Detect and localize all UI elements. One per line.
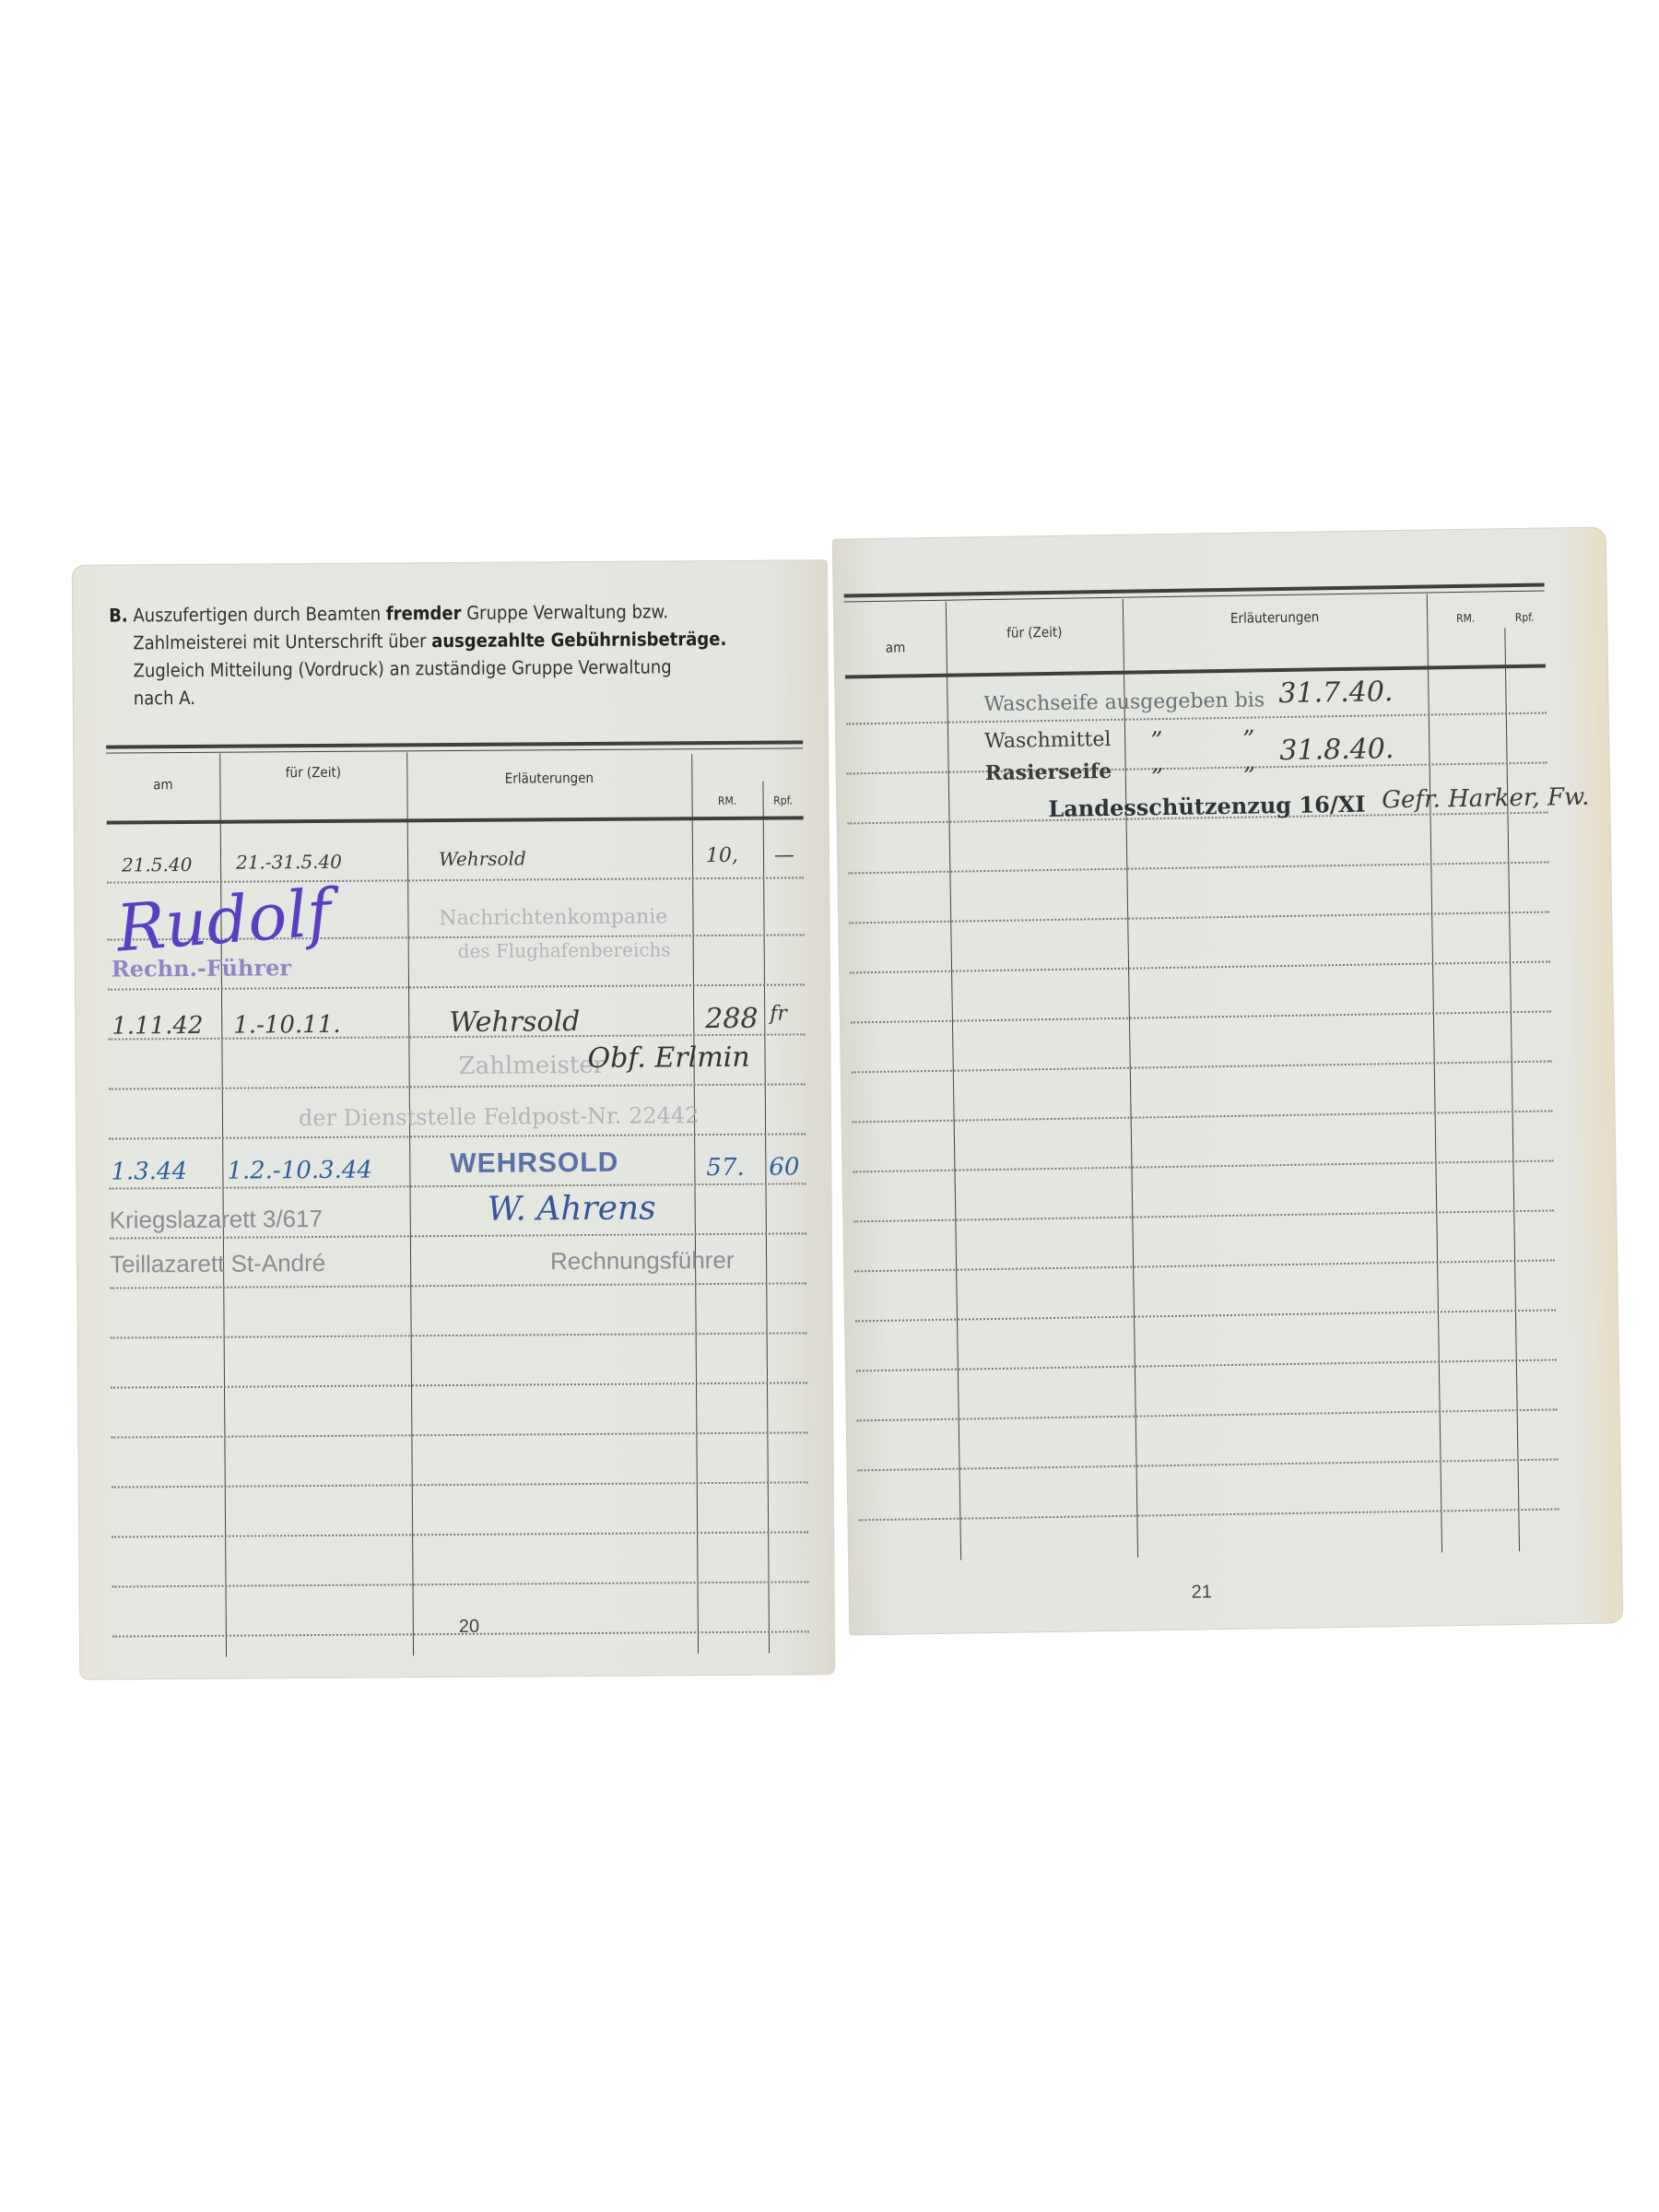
stamp-kriegslazarett: Kriegslazarett 3/617 xyxy=(110,1205,323,1235)
left-page: B. Auszufertigen durch Beamten fremder G… xyxy=(72,559,835,1680)
signature: Obf. Erlmin xyxy=(587,1041,749,1075)
payment-table-right: am für (Zeit) Erläuterungen RM. Rpf. Was… xyxy=(844,583,1559,1562)
stamp-rechnungsfuehrer: Rechnungsführer xyxy=(550,1246,735,1276)
line-rasierseife: Rasierseife xyxy=(985,759,1112,785)
column-header-am: am xyxy=(106,776,219,794)
column-header-rpf: Rpf. xyxy=(1504,611,1545,625)
stamp-zahlmeister: Zahlmeister xyxy=(458,1052,605,1080)
line-waschmittel: Waschmittel xyxy=(984,728,1112,753)
signature: Rudolf xyxy=(114,875,335,967)
page-number: 21 xyxy=(1192,1582,1213,1603)
column-header-am: am xyxy=(844,639,946,657)
page-number: 20 xyxy=(459,1617,479,1638)
column-header-erlaeuterungen: Erläuterungen xyxy=(1123,607,1427,629)
column-header-fuer-zeit: für (Zeit) xyxy=(219,763,406,781)
signature: W. Ahrens xyxy=(488,1189,656,1228)
column-header-rpf: Rpf. xyxy=(763,794,804,806)
stamp-teillazarett: Teillazarett St-André xyxy=(110,1249,325,1279)
payment-table-left: am für (Zeit) Erläuterungen RM. Rpf. 21.… xyxy=(106,740,809,1657)
column-header-erlaeuterungen: Erläuterungen xyxy=(406,769,691,787)
right-page: am für (Zeit) Erläuterungen RM. Rpf. Was… xyxy=(832,526,1624,1635)
signature: Gefr. Harker, Fw. xyxy=(1382,783,1590,815)
column-header-rm: RM. xyxy=(692,794,763,808)
stamp-flughafen: des Flughafenbereichs xyxy=(458,938,671,962)
stamp-landesschuetzenzug: Landesschützenzug 16/XI xyxy=(1048,791,1366,822)
column-header-fuer-zeit: für (Zeit) xyxy=(946,623,1123,642)
stamp-kompanie: Nachrichtenkompanie xyxy=(439,905,667,930)
stamp-dienststelle: der Dienststelle Feldpost-Nr. 22442 xyxy=(299,1102,700,1131)
stamp-wehrsold: WEHRSOLD xyxy=(450,1147,618,1180)
instruction-text: B. Auszufertigen durch Beamten fremder G… xyxy=(109,596,801,712)
line-waschseife: Waschseife ausgegeben bis xyxy=(983,688,1265,716)
column-header-rm: RM. xyxy=(1427,611,1504,625)
section-label: B. xyxy=(109,604,128,626)
